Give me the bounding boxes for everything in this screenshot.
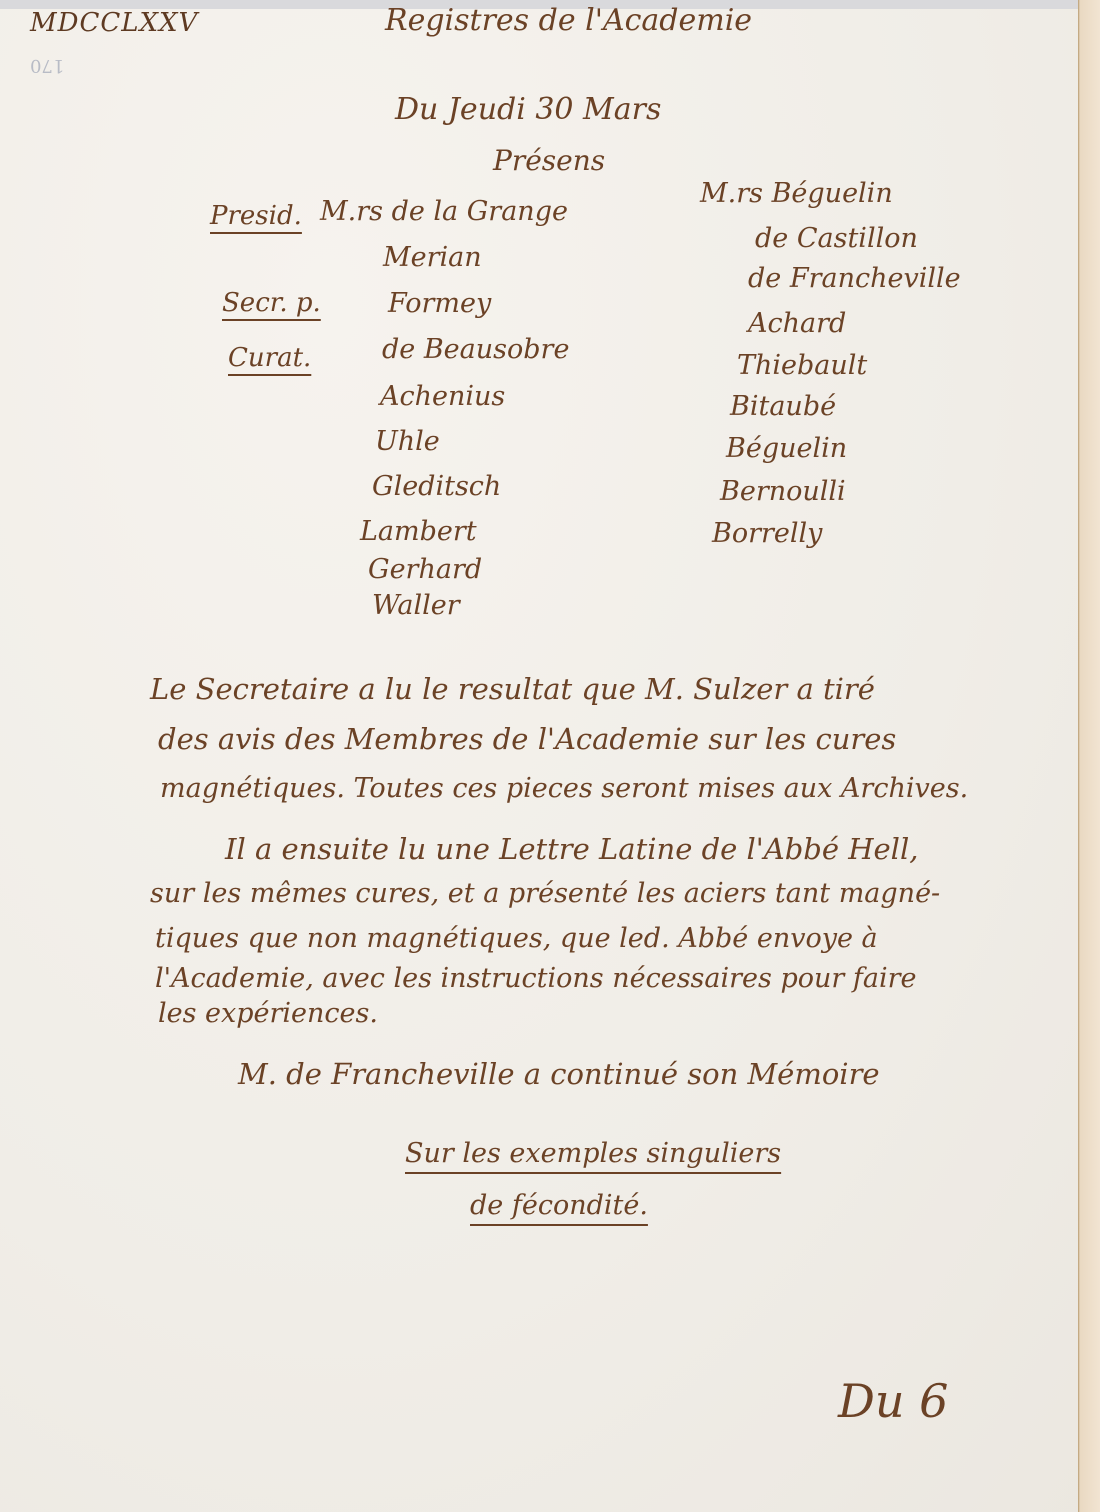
memoir-title-line: Sur les exemples singuliers <box>405 1140 781 1167</box>
attendee-name: Merian <box>383 244 482 271</box>
role-curator: Curat. <box>228 345 311 371</box>
attendee-name: Uhle <box>375 428 440 455</box>
attendee-name: de Castillon <box>755 225 918 252</box>
minutes-line: sur les mêmes cures, et a présenté les a… <box>150 880 940 907</box>
attendee-name: Lambert <box>360 518 477 545</box>
attendee-name: Béguelin <box>726 435 847 462</box>
folio-number: 170 <box>30 56 64 74</box>
minutes-line: l'Academie, avec les instructions nécess… <box>155 965 916 992</box>
session-date: Du Jeudi 30 Mars <box>395 95 661 125</box>
attendee-name: Bernoulli <box>720 478 846 505</box>
present-label: Présens <box>493 147 605 175</box>
manuscript-page: MDCCLXXV 170 Registres de l'Academie Du … <box>0 0 1100 1512</box>
minutes-line: Le Secretaire a lu le resultat que M. Su… <box>150 675 875 704</box>
attendee-name: Waller <box>372 592 460 619</box>
attendee-name: Gleditsch <box>372 473 501 500</box>
attendee-name: M.rs de la Grange <box>320 198 568 225</box>
attendee-name: Achard <box>748 310 846 337</box>
minutes-line: M. de Francheville a continué son Mémoir… <box>238 1060 880 1089</box>
attendee-name: Borrelly <box>712 520 822 547</box>
attendee-name: Formey <box>388 290 491 317</box>
memoir-title-line: de fécondité. <box>470 1192 648 1219</box>
minutes-line: tiques que non magnétiques, que led. Abb… <box>155 925 878 952</box>
catchword: Du 6 <box>838 1378 948 1424</box>
role-secretary: Secr. p. <box>222 290 321 316</box>
minutes-line: magnétiques. Toutes ces pieces seront mi… <box>160 775 968 802</box>
attendee-name: de Beausobre <box>382 336 569 363</box>
binding-fold-edge <box>1078 0 1100 1512</box>
running-head: Registres de l'Academie <box>385 6 752 36</box>
attendee-name: Bitaubé <box>730 393 836 420</box>
attendee-name: Achenius <box>380 383 505 410</box>
minutes-line: les expériences. <box>158 1000 378 1027</box>
minutes-line: Il a ensuite lu une Lettre Latine de l'A… <box>225 835 918 864</box>
attendee-name: Gerhard <box>368 556 482 583</box>
role-president: Presid. <box>210 203 302 229</box>
attendee-name: Thiebault <box>737 352 867 379</box>
attendee-name: M.rs Béguelin <box>700 180 893 207</box>
attendee-name: de Francheville <box>748 265 961 292</box>
year-numeral: MDCCLXXV <box>30 10 198 36</box>
minutes-line: des avis des Membres de l'Academie sur l… <box>158 725 896 754</box>
